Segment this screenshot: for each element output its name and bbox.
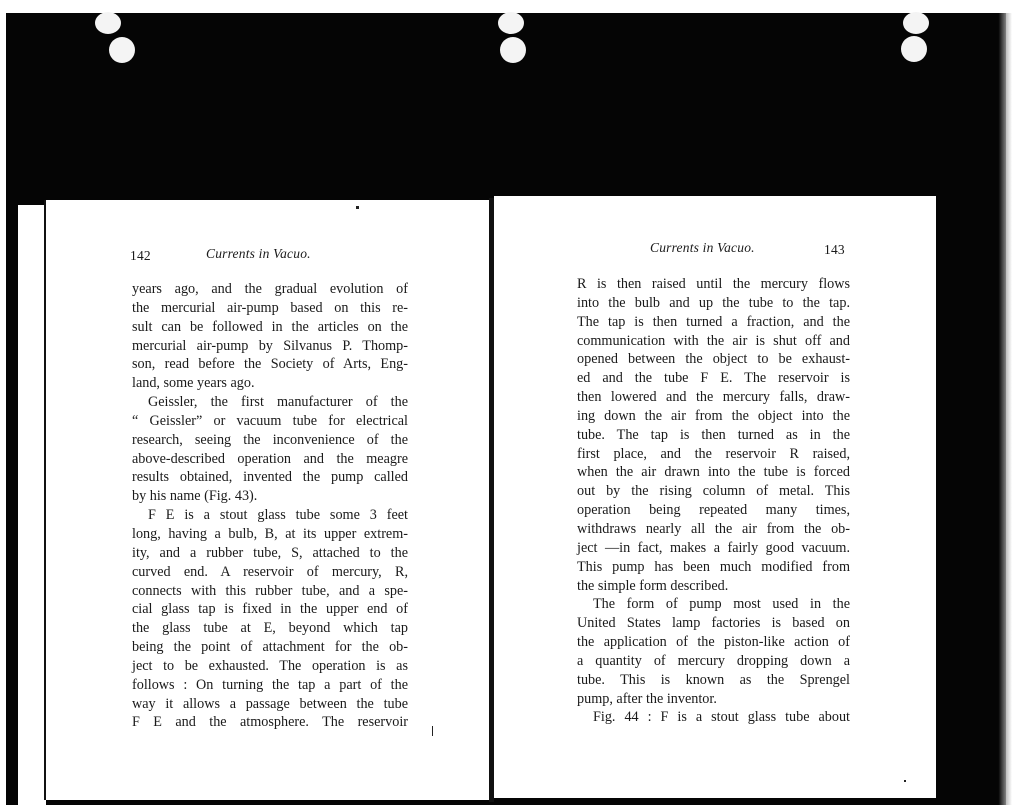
- text-line: the application of the piston-like actio…: [577, 633, 850, 652]
- text-line: operation being repeated many times,: [577, 501, 850, 520]
- text-line: withdraws nearly all the air from the ob…: [577, 520, 850, 539]
- text-line: son, read before the Society of Arts, En…: [132, 355, 408, 374]
- text-line: “ Geissler” or vacuum tube for electrica…: [132, 412, 408, 431]
- text-line: ject to be exhausted. The operation is a…: [132, 657, 408, 676]
- text-line: land, some years ago.: [132, 374, 408, 393]
- text-line: ject —in fact, makes a fairly good vacuu…: [577, 539, 850, 558]
- running-head-title: Currents in Vacuo.: [650, 240, 755, 256]
- text-line: F E and the atmosphere. The reservoir: [132, 713, 408, 732]
- text-line: curved end. A reservoir of mercury, R,: [132, 563, 408, 582]
- text-line: ity, and a rubber tube, S, attached to t…: [132, 544, 408, 563]
- text-line: into the bulb and up the tube to the tap…: [577, 294, 850, 313]
- text-line: the simple form described.: [577, 577, 850, 596]
- text-line: R is then raised until the mercury flows: [577, 275, 850, 294]
- text-line: the mercurial air-pump based on this re-: [132, 299, 408, 318]
- text-line: The form of pump most used in the: [577, 595, 850, 614]
- text-line: research, seeing the inconvenience of th…: [132, 431, 408, 450]
- scan-speck: [432, 726, 433, 736]
- right-running-head: Currents in Vacuo. 143: [650, 242, 850, 262]
- text-line: tube. The tap is then turned as in the: [577, 426, 850, 445]
- text-line: years ago, and the gradual evolution of: [132, 280, 408, 299]
- punch-hole-left-top: [95, 12, 121, 34]
- punch-hole-left: [109, 37, 135, 63]
- text-line: mercurial air-pump by Silvanus P. Thomp-: [132, 337, 408, 356]
- text-line: when the air drawn into the tube is forc…: [577, 463, 850, 482]
- left-page: 142 Currents in Vacuo. years ago, and th…: [44, 200, 492, 800]
- punch-hole-right-top: [903, 12, 929, 34]
- text-line: first place, and the reservoir R raised,: [577, 445, 850, 464]
- left-running-head: 142 Currents in Vacuo.: [130, 248, 440, 268]
- text-line: This pump has been much modified from: [577, 558, 850, 577]
- text-line: out by the rising column of metal. This: [577, 482, 850, 501]
- text-line: connects with this rubber tube, and a sp…: [132, 582, 408, 601]
- text-line: pump, after the inventor.: [577, 690, 850, 709]
- punch-hole-right: [901, 36, 927, 62]
- text-line: United States lamp factories is based on: [577, 614, 850, 633]
- text-line: above-described operation and the meagre: [132, 450, 408, 469]
- text-line: follows : On turning the tap a part of t…: [132, 676, 408, 695]
- text-line: the glass tube at E, beyond which tap: [132, 619, 408, 638]
- text-line: then lowered and the mercury falls, draw…: [577, 388, 850, 407]
- text-line: opened between the object to be exhaust-: [577, 350, 850, 369]
- punch-hole-center: [500, 37, 526, 63]
- text-line: results obtained, invented the pump call…: [132, 468, 408, 487]
- text-line: communication with the air is shut off a…: [577, 332, 850, 351]
- text-line: Geissler, the first manufacturer of the: [132, 393, 408, 412]
- text-line: being the point of attachment for the ob…: [132, 638, 408, 657]
- left-page-body: years ago, and the gradual evolution oft…: [132, 280, 408, 732]
- text-line: a quantity of mercury dropping down a: [577, 652, 850, 671]
- text-line: tube. This is known as the Sprengel: [577, 671, 850, 690]
- page-number: 143: [824, 242, 845, 258]
- text-line: long, having a bulb, B, at its upper ext…: [132, 525, 408, 544]
- text-line: F E is a stout glass tube some 3 feet: [132, 506, 408, 525]
- text-line: Fig. 44 : F is a stout glass tube about: [577, 708, 850, 727]
- text-line: cial glass tap is fixed in the upper end…: [132, 600, 408, 619]
- page-number: 142: [130, 248, 151, 264]
- text-line: The tap is then turned a fraction, and t…: [577, 313, 850, 332]
- text-line: ed and the tube F E. The reservoir is: [577, 369, 850, 388]
- page-edge-strip: [18, 205, 46, 805]
- text-line: by his name (Fig. 43).: [132, 487, 408, 506]
- scan-speck: [904, 780, 906, 782]
- scan-speck: [356, 206, 359, 209]
- running-head-title: Currents in Vacuo.: [206, 246, 311, 262]
- right-page: Currents in Vacuo. 143 R is then raised …: [494, 196, 936, 798]
- punch-hole-center-top: [498, 12, 524, 34]
- text-line: way it allows a passage between the tube: [132, 695, 408, 714]
- text-line: ing down the air from the object into th…: [577, 407, 850, 426]
- text-line: sult can be followed in the articles on …: [132, 318, 408, 337]
- right-page-body: R is then raised until the mercury flows…: [577, 275, 850, 727]
